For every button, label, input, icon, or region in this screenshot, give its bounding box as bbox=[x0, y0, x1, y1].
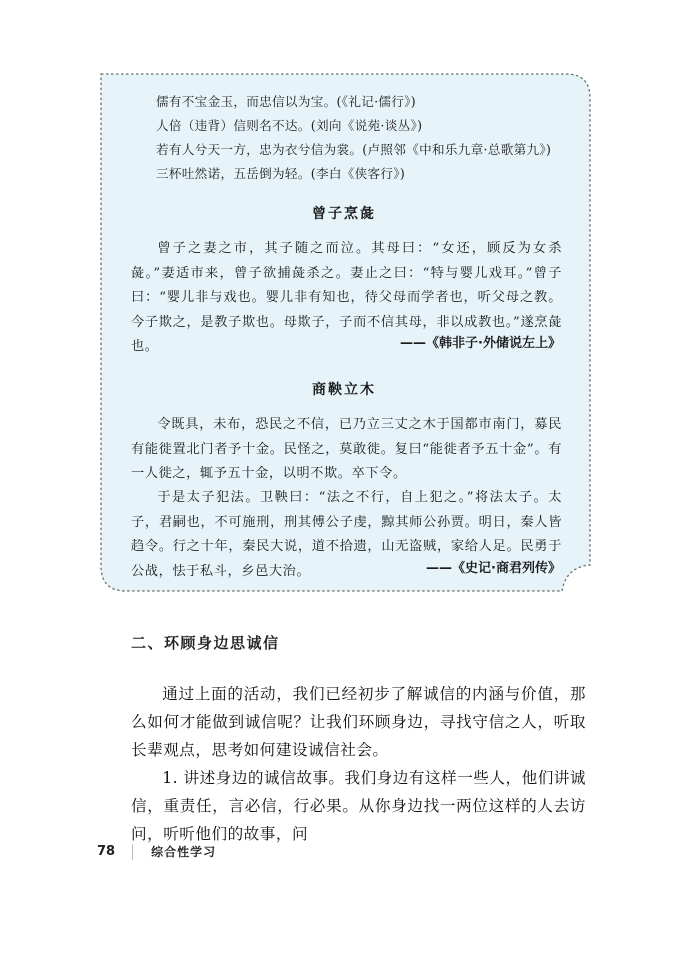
page-footer: 78 综合性学习 bbox=[97, 843, 216, 860]
section-body: 通过上面的活动，我们已经初步了解诚信的内涵与价值，那么如何才能做到诚信呢？让我们… bbox=[131, 680, 586, 848]
footer-divider bbox=[132, 844, 133, 860]
quote-line: 三杯吐然诺，五岳倒为轻。(李白《侠客行》) bbox=[156, 166, 405, 182]
quote-line: 若有人兮天一方，忠为衣兮信为裳。(卢照邻《中和乐九章·总歌第九》) bbox=[156, 142, 551, 158]
story-title: 曾子烹彘 bbox=[0, 203, 688, 223]
story-source: ——《史记·商君列传》 bbox=[426, 557, 561, 576]
story-title: 商鞅立木 bbox=[0, 379, 688, 399]
page-number: 78 bbox=[97, 844, 115, 859]
body-paragraph: 通过上面的活动，我们已经初步了解诚信的内涵与价值，那么如何才能做到诚信呢？让我们… bbox=[131, 680, 586, 764]
section-heading: 二、环顾身边思诚信 bbox=[131, 632, 280, 653]
body-paragraph: 1. 讲述身边的诚信故事。我们身边有这样一些人，他们讲诚信，重责任，言必信，行必… bbox=[131, 764, 586, 848]
quote-line: 人倍（违背）信则名不达。(刘向《说苑·谈丛》) bbox=[156, 118, 422, 134]
story-paragraph: 令既具，未布，恐民之不信，已乃立三丈之木于国都市南门，募民有能徙置北门者予十金。… bbox=[131, 413, 562, 487]
story-source: ——《韩非子·外储说左上》 bbox=[400, 332, 561, 351]
quote-line: 儒有不宝金玉，而忠信以为宝。(《礼记·儒行》) bbox=[156, 94, 416, 110]
footer-section-label: 综合性学习 bbox=[151, 843, 216, 860]
